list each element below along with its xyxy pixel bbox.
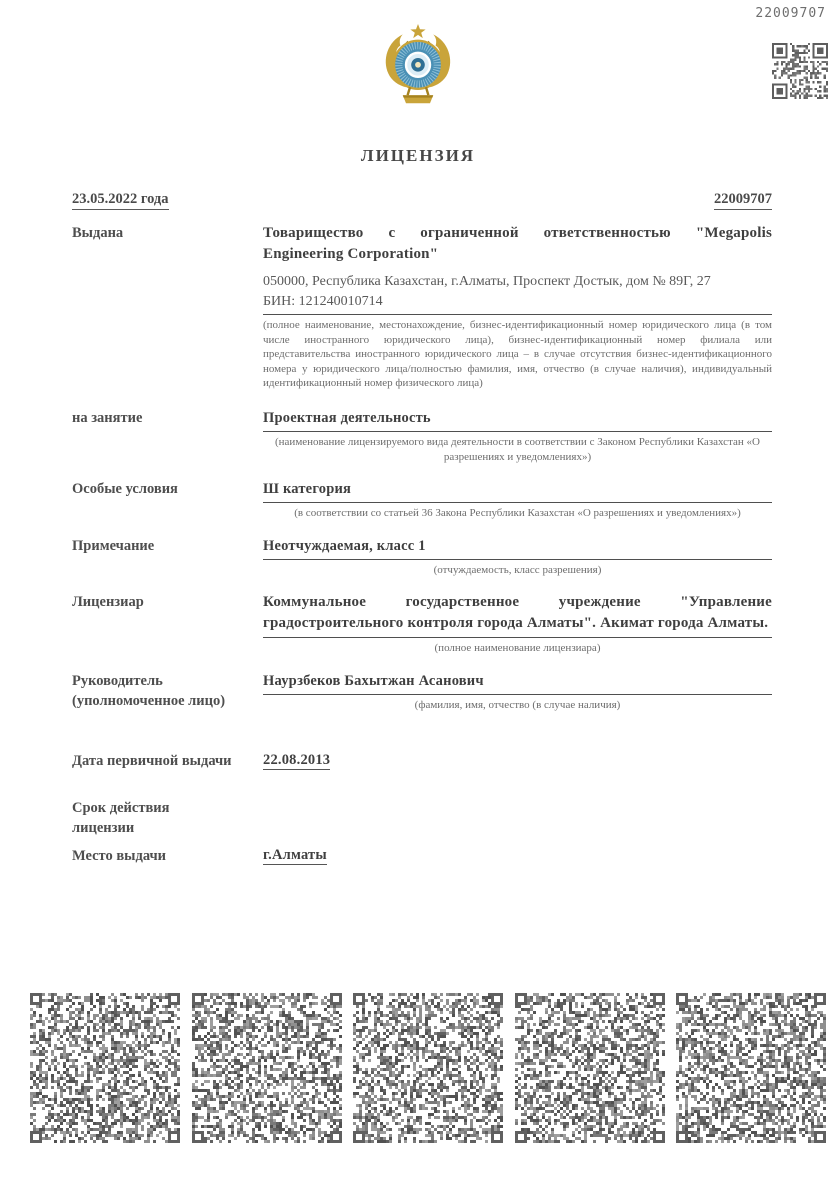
field-footnote: (фамилия, имя, отчество (в случае наличи… [263, 698, 772, 713]
special-conditions-value: Ш категория [263, 479, 772, 499]
licensee-bin: БИН: 121240010714 [263, 292, 772, 312]
field-head: Руководитель (уполномоченное лицо) Наурз… [72, 671, 772, 713]
field-label: Дата первичной выдачи [72, 751, 263, 771]
field-label: Место выдачи [72, 846, 263, 866]
kazakhstan-state-emblem-icon [378, 22, 458, 114]
field-footnote: (наименование лицензируемого вида деятел… [263, 435, 772, 464]
field-label: Срок действия лицензии [72, 798, 263, 838]
qr-code-icon [772, 43, 828, 99]
license-number: 22009707 [714, 191, 772, 210]
field-label: Выдана [72, 223, 263, 243]
signature-barcode [353, 993, 503, 1143]
field-value-block: 22.08.2013 [263, 751, 772, 769]
field-issued-to: Выдана Товарищество с ограниченной ответ… [72, 223, 772, 391]
field-special-conditions: Особые условия Ш категория (в соответств… [72, 479, 772, 521]
field-footnote: (полное наименование лицензиара) [263, 641, 772, 656]
field-value-block: Наурзбеков Бахытжан Асанович (фамилия, и… [263, 671, 772, 713]
field-value-block: г.Алматы [263, 846, 772, 864]
field-label: Лицензиар [72, 592, 263, 612]
first-issue-date: 22.08.2013 [263, 752, 330, 770]
field-label: Руководитель (уполномоченное лицо) [72, 671, 263, 711]
license-document: 22009707 ЛИЦЕНЗИЯ 23.05.2022 года 220097… [0, 0, 836, 1181]
field-licensor: Лицензиар Коммунальное государственное у… [72, 592, 772, 656]
field-rule [263, 559, 772, 560]
field-value-block: Ш категория (в соответствии со статьей 3… [263, 479, 772, 521]
field-rule [263, 502, 772, 503]
field-rule [263, 314, 772, 315]
field-validity: Срок действия лицензии [72, 798, 772, 838]
field-value-block: Товарищество с ограниченной ответственно… [263, 223, 772, 391]
remark-value: Неотчуждаемая, класс 1 [263, 536, 772, 556]
field-value-block: Неотчуждаемая, класс 1 (отчуждаемость, к… [263, 536, 772, 578]
field-first-issue: Дата первичной выдачи 22.08.2013 [72, 751, 772, 771]
field-footnote: (в соответствии со статьей 36 Закона Рес… [263, 506, 772, 521]
signature-barcode [30, 993, 180, 1143]
issue-place-value: г.Алматы [263, 847, 327, 865]
document-number-top: 22009707 [755, 6, 826, 21]
signature-barcode [676, 993, 826, 1143]
licensee-address: 050000, Республика Казахстан, г.Алматы, … [263, 272, 772, 292]
signature-barcode [515, 993, 665, 1143]
licensor-value: Коммунальное государственное учреждение … [263, 592, 772, 634]
field-rule [263, 694, 772, 695]
field-issue-place: Место выдачи г.Алматы [72, 846, 772, 866]
head-value: Наурзбеков Бахытжан Асанович [263, 671, 772, 691]
field-label: на занятие [72, 408, 263, 428]
license-body: 23.05.2022 года 22009707 Выдана Товарище… [72, 191, 772, 866]
field-value-block: Коммунальное государственное учреждение … [263, 592, 772, 656]
field-activity: на занятие Проектная деятельность (наиме… [72, 408, 772, 464]
field-label: Особые условия [72, 479, 263, 499]
field-footnote: (полное наименование, местонахождение, б… [263, 318, 772, 391]
field-footnote: (отчуждаемость, класс разрешения) [263, 563, 772, 578]
activity-value: Проектная деятельность [263, 408, 772, 428]
signature-barcode [192, 993, 342, 1143]
date-number-row: 23.05.2022 года 22009707 [72, 191, 772, 210]
field-label: Примечание [72, 536, 263, 556]
field-rule [263, 431, 772, 432]
page-title: ЛИЦЕНЗИЯ [0, 146, 836, 166]
field-remark: Примечание Неотчуждаемая, класс 1 (отчуж… [72, 536, 772, 578]
field-value-block: Проектная деятельность (наименование лиц… [263, 408, 772, 464]
issue-date: 23.05.2022 года [72, 191, 169, 210]
barcode-strip [30, 993, 826, 1144]
licensee-name: Товарищество с ограниченной ответственно… [263, 223, 772, 265]
field-rule [263, 637, 772, 638]
